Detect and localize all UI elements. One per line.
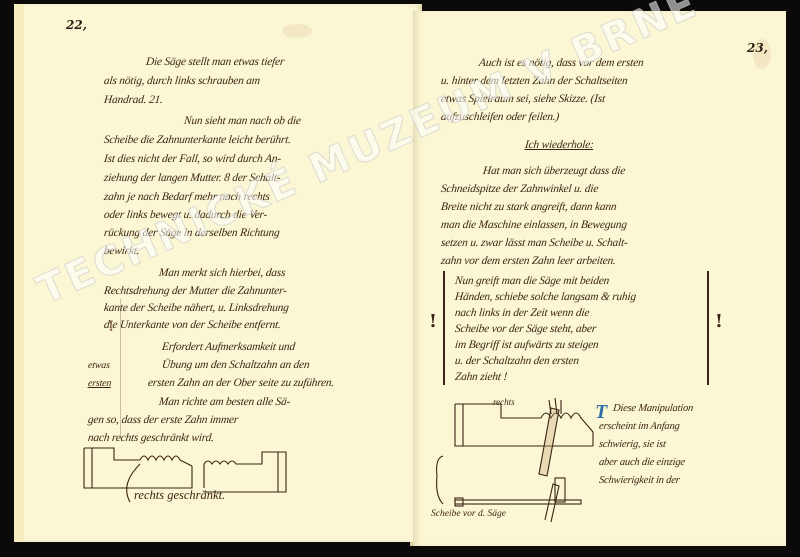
text-line: die Unterkante von der Scheibe entfernt. bbox=[103, 319, 281, 331]
page-number-right: 23, bbox=[747, 41, 768, 55]
text-line: Nun greift man die Säge mit beiden bbox=[454, 275, 609, 287]
text-line: ersten Zahn an der Ober seite zu zuführe… bbox=[147, 377, 334, 389]
text-line: als nötig, durch links schrauben am bbox=[103, 75, 260, 87]
saw-set-diagram bbox=[80, 444, 320, 514]
text-line: Nun sieht man nach ob die bbox=[183, 115, 301, 127]
text-line: zahn vor dem ersten Zahn leer arbeiten. bbox=[440, 255, 616, 267]
text-line: aufzuschleifen oder feilen.) bbox=[440, 111, 559, 123]
text-line: Handrad. 21. bbox=[103, 94, 163, 106]
text-line: Händen, schiebe solche langsam & ruhig bbox=[454, 291, 636, 303]
text-line: Man richte am besten alle Sä- bbox=[158, 396, 290, 408]
text-line: kante der Scheibe nähert, u. Linksdrehun… bbox=[103, 302, 289, 314]
text-line: setzen u. zwar lässt man Scheibe u. Scha… bbox=[440, 237, 628, 249]
text-line: Scheibe die Zahnunterkante leicht berühr… bbox=[103, 134, 291, 146]
text-line: Scheibe vor der Säge steht, aber bbox=[454, 323, 596, 335]
diagram-label-bottom: Scheibe vor d. Säge bbox=[431, 509, 506, 519]
text-line: Ist dies nicht der Fall, so wird durch A… bbox=[103, 153, 281, 165]
side-note-line: aber auch die einzige bbox=[598, 457, 685, 468]
text-line: Breite nicht zu stark angreift, dann kan… bbox=[440, 201, 617, 213]
margin-exclamation: ! bbox=[108, 319, 114, 335]
diagram-label-top: rechts bbox=[493, 397, 515, 407]
text-line: ziehung der langen Mutter. 8 der Schalt- bbox=[103, 172, 281, 184]
text-line: zahn je nach Bedarf mehr nach rechts bbox=[103, 191, 270, 203]
text-line: gen so, dass der erste Zahn immer bbox=[87, 414, 238, 426]
text-line: Zahn zieht ! bbox=[454, 371, 507, 383]
text-line: Auch ist es nötig, dass vor dem ersten bbox=[478, 57, 644, 69]
left-page: 22, Die Säge stellt man etwas tiefer als… bbox=[14, 4, 422, 542]
text-line: oder links bewegt u. dadurch die Ver- bbox=[103, 209, 267, 221]
text-line: rückung der Säge in derselben Richtung bbox=[103, 227, 280, 239]
text-line: nach rechts geschränkt wird. bbox=[87, 432, 214, 444]
text-line: nach links in der Zeit wenn die bbox=[454, 307, 590, 319]
text-line: Erfordert Aufmerksamkeit und bbox=[161, 341, 295, 353]
text-line: etwas Spielraum sei, siehe Skizze. (Ist bbox=[440, 93, 605, 105]
paper-stain bbox=[282, 24, 312, 38]
text-line: Die Säge stellt man etwas tiefer bbox=[145, 56, 284, 68]
exclamation-mark-left: ! bbox=[429, 311, 437, 332]
section-heading: Ich wiederhole: bbox=[524, 139, 594, 151]
text-line: u. hinter dem letzten Zahn der Schaltsei… bbox=[440, 75, 628, 87]
text-line: u. der Schaltzahn den ersten bbox=[454, 355, 579, 367]
text-line: im Begriff ist aufwärts zu steigen bbox=[454, 339, 599, 351]
text-line: Schneidspitze der Zahnwinkel u. die bbox=[440, 183, 598, 195]
margin-note: etwas bbox=[87, 360, 110, 371]
text-line: Hat man sich überzeugt dass die bbox=[482, 165, 625, 177]
right-page: 23, Auch ist es nötig, dass vor dem erst… bbox=[413, 11, 786, 546]
saw-disc-diagram bbox=[433, 396, 593, 526]
text-line: Übung um den Schaltzahn an den bbox=[161, 359, 310, 371]
side-note-line: Schwierigkeit in der bbox=[598, 475, 680, 486]
text-line: Rechtsdrehung der Mutter die Zahnunter- bbox=[103, 285, 287, 297]
text-line: man die Maschine einlassen, in Bewegung bbox=[440, 219, 627, 231]
side-note-line: Diese Manipulation bbox=[612, 403, 693, 414]
side-note-line: erscheint im Anfang bbox=[598, 421, 680, 432]
text-line: bewirkt. bbox=[103, 245, 140, 257]
side-note-line: schwierig, sie ist bbox=[598, 439, 666, 450]
page-number-left: 22, bbox=[66, 18, 87, 32]
exclamation-mark-right: ! bbox=[715, 311, 723, 332]
text-line: Man merkt sich hierbei, dass bbox=[158, 267, 286, 279]
margin-note: ersten bbox=[87, 378, 111, 389]
diagram-caption: rechts geschränkt. bbox=[134, 488, 225, 503]
